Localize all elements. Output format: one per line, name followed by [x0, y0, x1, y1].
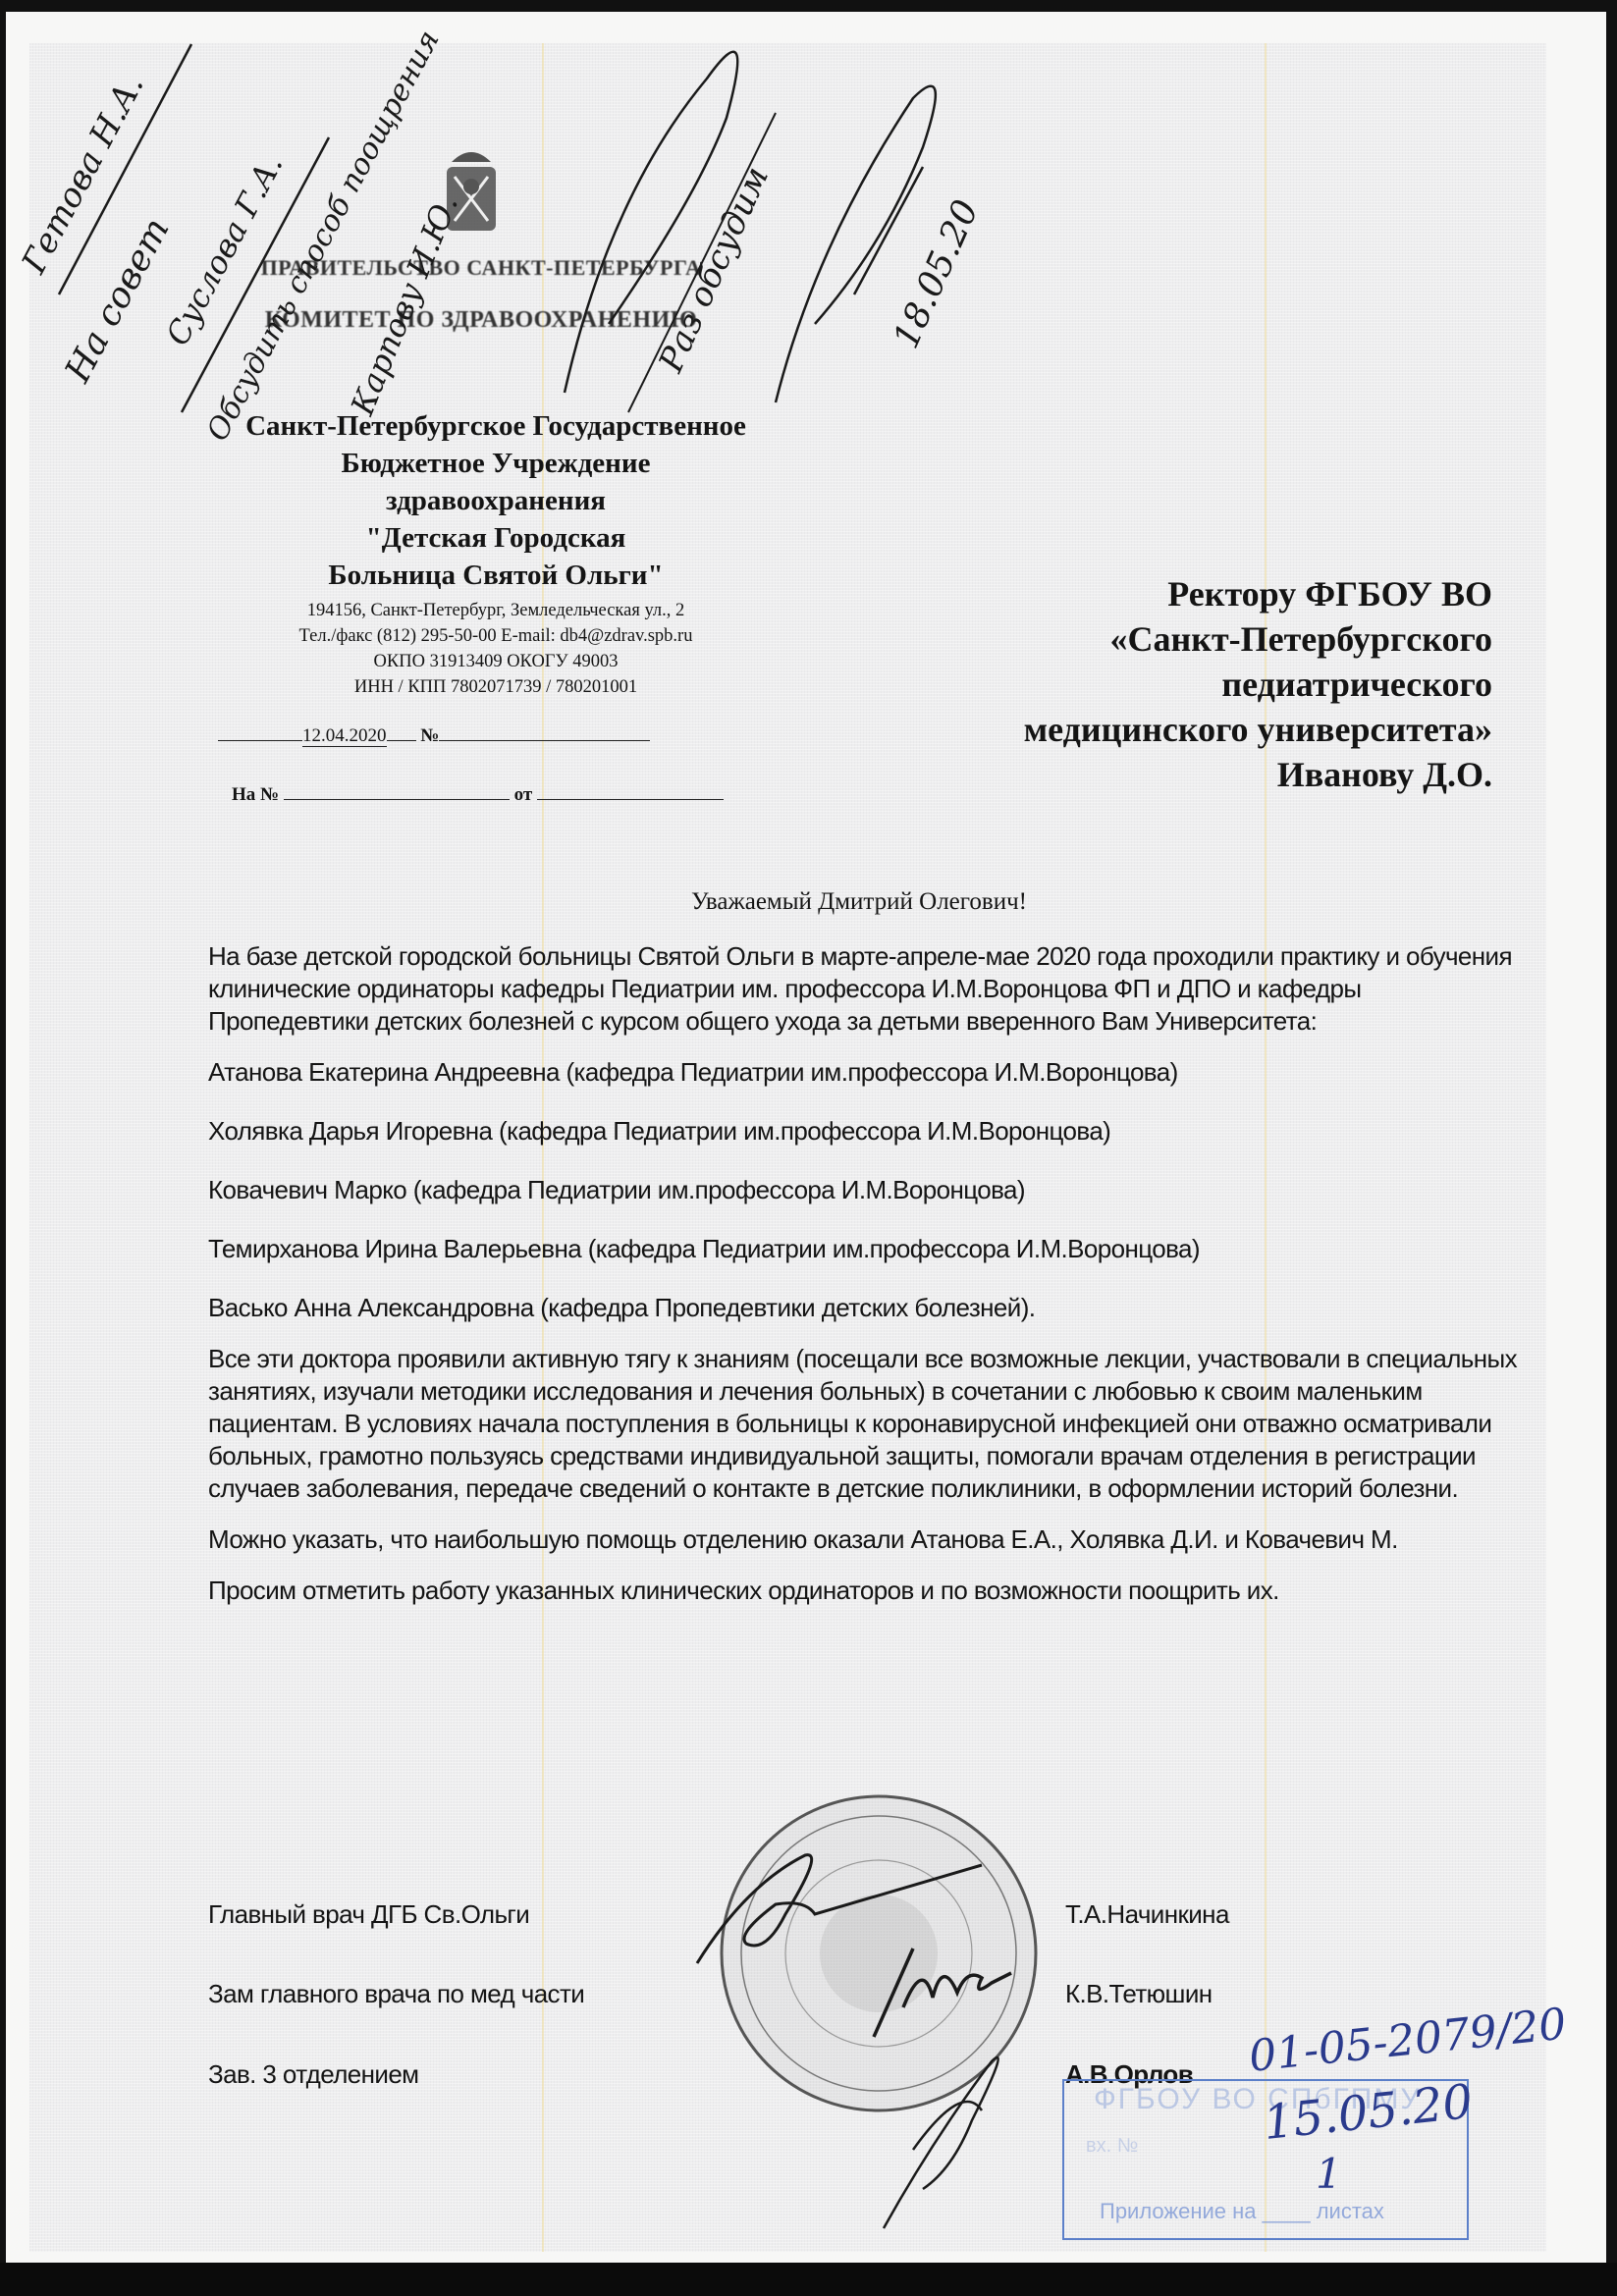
org-name-line: Бюджетное Учреждение	[211, 445, 781, 482]
letter-body: На базе детской городской больницы Свято…	[208, 940, 1524, 1626]
organization-block: Санкт-Петербургское Государственное Бюдж…	[211, 407, 781, 700]
from-label: от	[514, 784, 533, 805]
resident-item: Атанова Екатерина Андреевна (кафедра Пед…	[208, 1056, 1524, 1089]
resident-item: Васько Анна Александровна (кафедра Пропе…	[208, 1292, 1524, 1324]
number-label: №	[420, 725, 439, 746]
registration-sheets: 1	[1316, 2150, 1342, 2198]
org-name-line: Больница Святой Ольги"	[211, 557, 781, 594]
reply-to-label: На №	[232, 784, 279, 805]
org-name-line: "Детская Городская	[211, 519, 781, 557]
scan-bottom-edge	[0, 2263, 1617, 2296]
greeting: Уважаемый Дмитрий Олегович!	[196, 888, 1522, 916]
praise-paragraph: Все эти доктора проявили активную тягу к…	[208, 1343, 1524, 1505]
intro-paragraph: На базе детской городской больницы Свято…	[208, 940, 1524, 1038]
stamp-attachments: Приложение на ____ листах	[1100, 2199, 1384, 2224]
addressee-line: «Санкт-Петербургского	[923, 616, 1492, 662]
resident-item: Холявка Дарья Игоревна (кафедра Педиатри…	[208, 1115, 1524, 1148]
org-name-line: здравоохранения	[211, 482, 781, 519]
signer-name: К.В.Тетюшин	[1065, 1979, 1213, 2009]
signer-title: Зав. 3 отделением	[208, 2059, 418, 2090]
addressee-line: медицинского университета»	[923, 707, 1492, 752]
signature-deputy-icon	[864, 1939, 1031, 2047]
org-tax-ids: ИНН / КПП 7802071739 / 780201001	[211, 674, 781, 700]
signer-title: Главный врач ДГБ Св.Ольги	[208, 1899, 529, 1930]
org-codes: ОКПО 31913409 ОКОГУ 49003	[211, 649, 781, 674]
addressee-line: Ректору ФГБОУ ВО	[923, 571, 1492, 616]
addressee-block: Ректору ФГБОУ ВО «Санкт-Петербургского п…	[923, 571, 1492, 797]
request-paragraph: Просим отметить работу указанных клиниче…	[208, 1575, 1524, 1607]
highlight-paragraph: Можно указать, что наибольшую помощь отд…	[208, 1523, 1524, 1556]
org-contacts: Тел./факс (812) 295-50-00 E-mail: db4@zd…	[211, 623, 781, 649]
org-address: 194156, Санкт-Петербург, Земледельческая…	[211, 598, 781, 623]
resolution-strokes-icon	[0, 0, 1080, 442]
signer-title: Зам главного врача по мед части	[208, 1979, 584, 2009]
stamp-incoming-label: вх. №	[1086, 2135, 1138, 2158]
signer-name: Т.А.Начинкина	[1065, 1899, 1229, 1930]
reply-reference-line: На № от	[232, 780, 724, 806]
resident-item: Темирханова Ирина Валерьевна (кафедра Пе…	[208, 1233, 1524, 1265]
resident-item: Ковачевич Марко (кафедра Педиатрии им.пр…	[208, 1174, 1524, 1206]
signature-head-dept-icon	[874, 2042, 1021, 2238]
outgoing-date: 12.04.2020	[302, 725, 387, 747]
outgoing-date-line: 12.04.2020 №	[218, 721, 650, 747]
addressee-line: педиатрического	[923, 662, 1492, 707]
addressee-line: Иванову Д.О.	[923, 752, 1492, 797]
